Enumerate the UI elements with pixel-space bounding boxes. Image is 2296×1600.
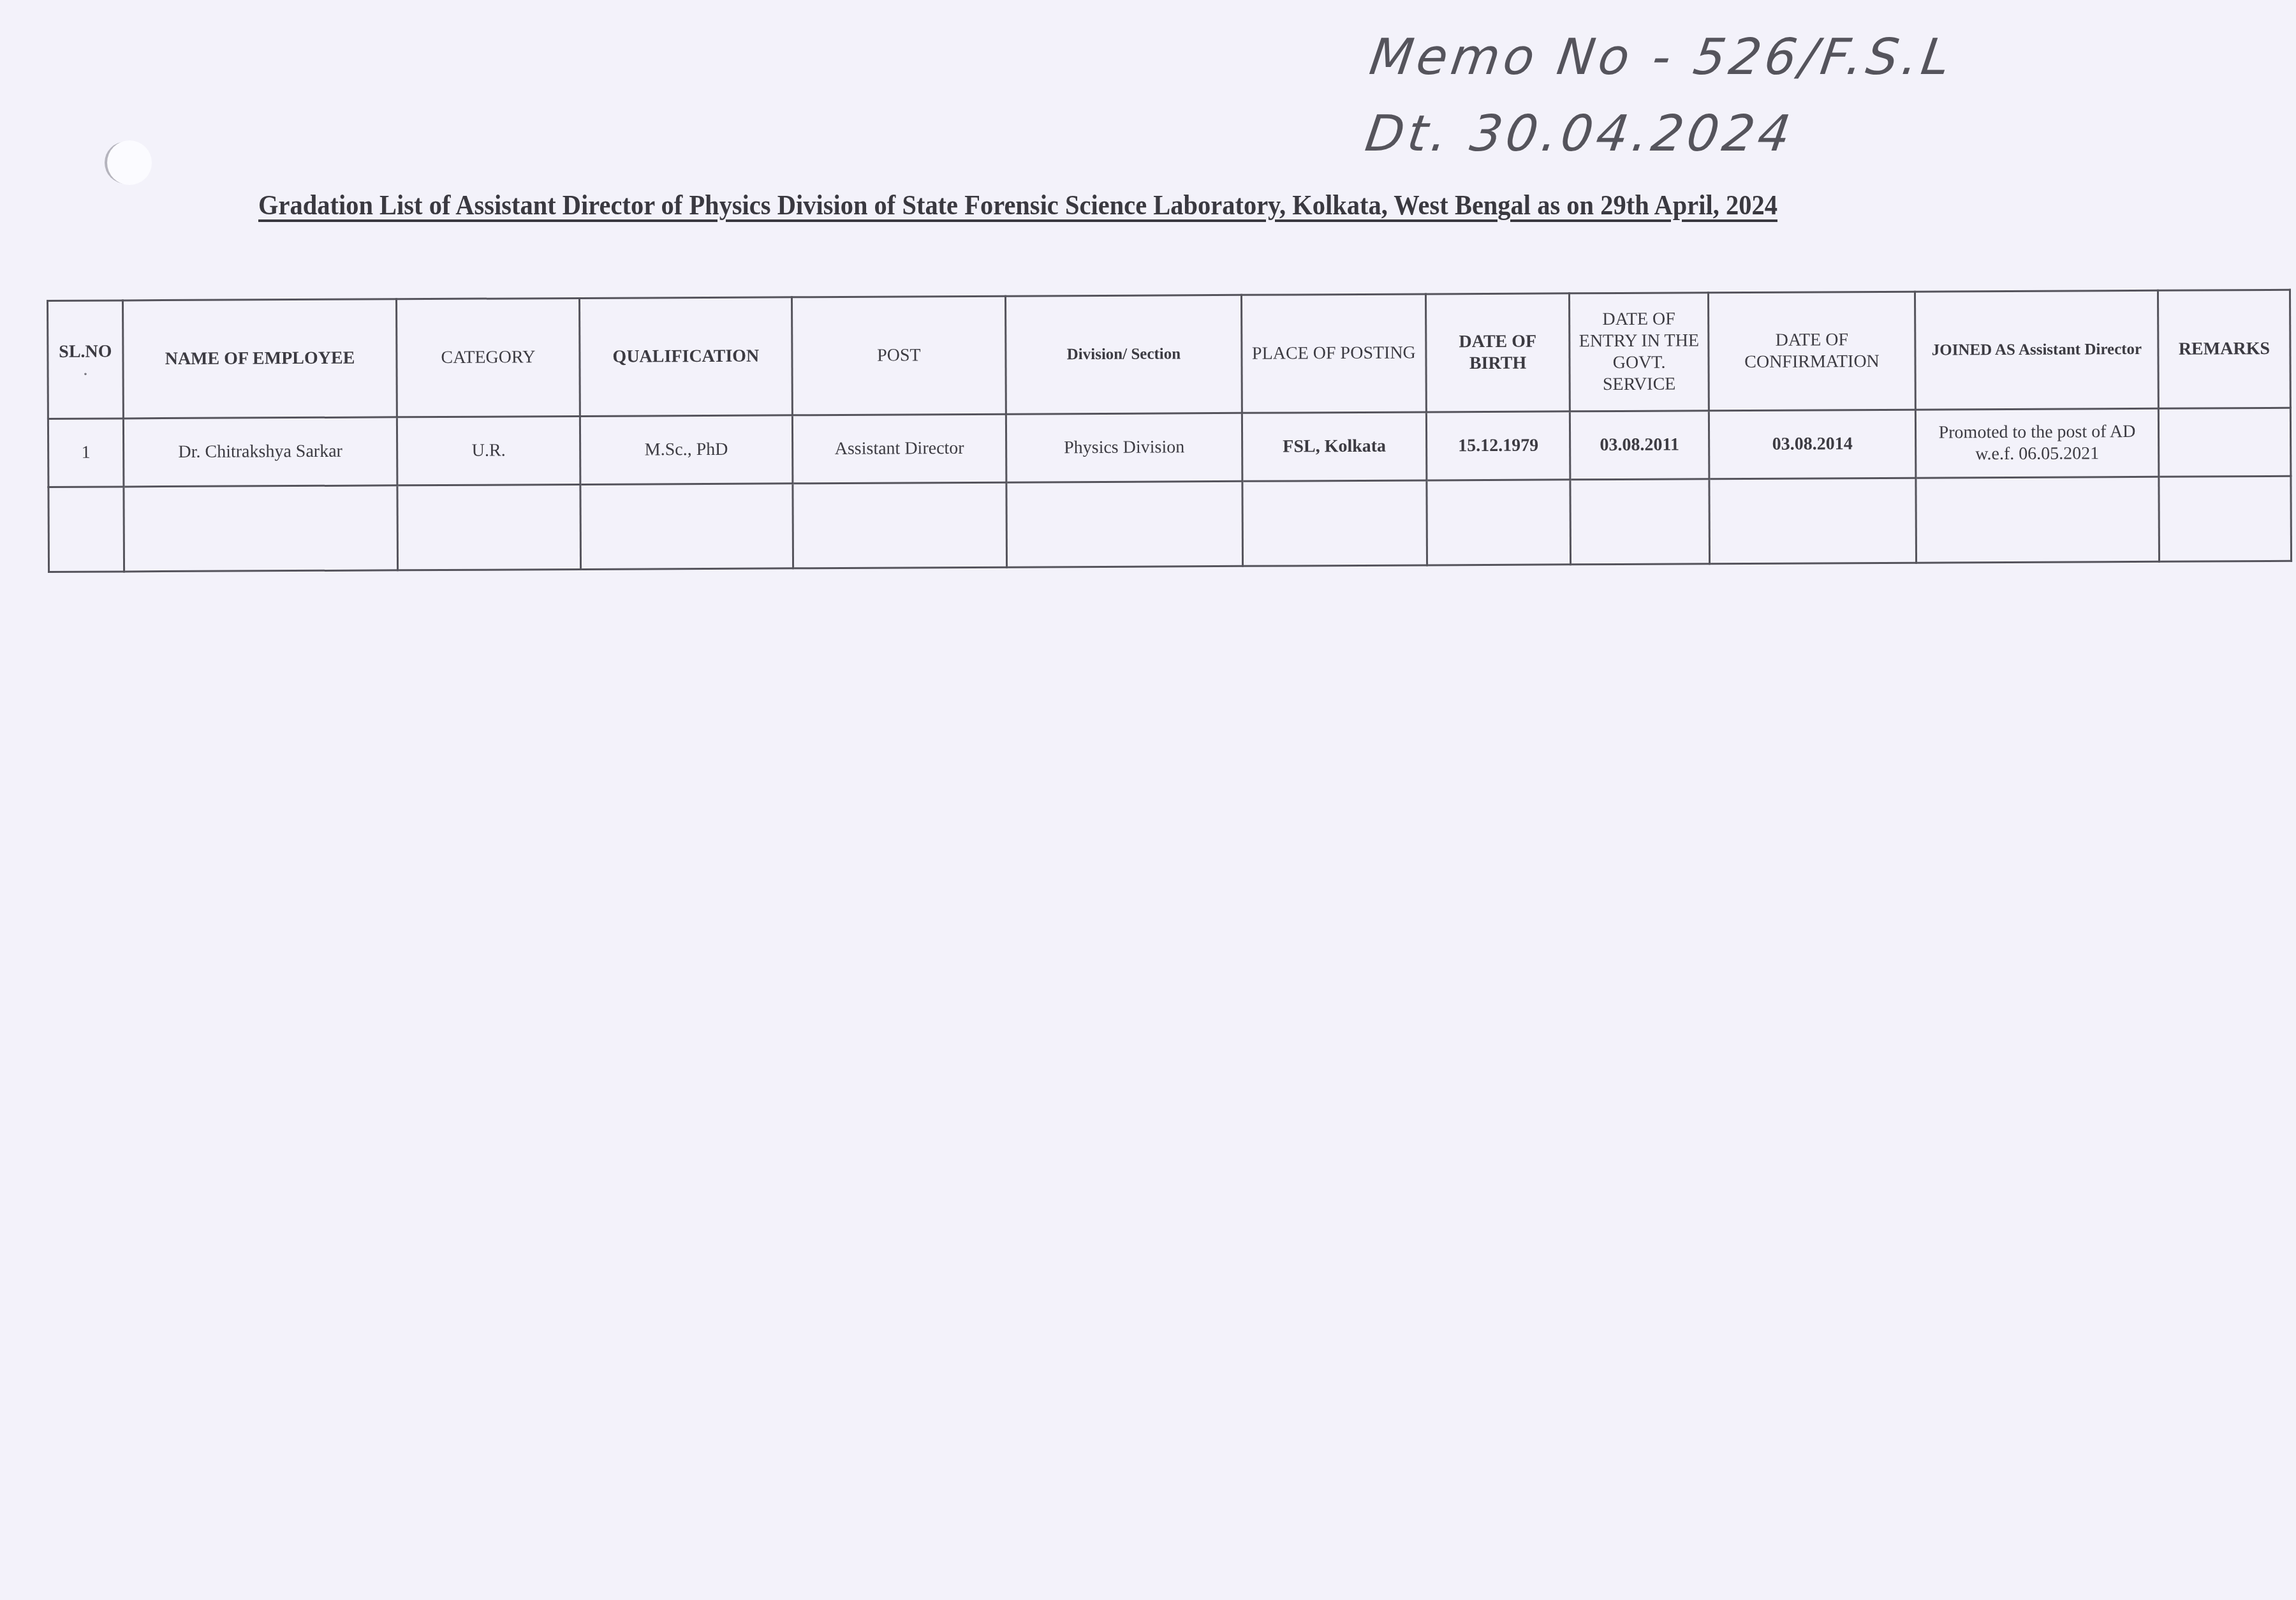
cell-category	[397, 484, 581, 570]
header-place-of-posting: PLACE OF POSTING	[1241, 294, 1426, 413]
cell-qualification: M.Sc., PhD	[580, 415, 793, 485]
cell-sl-no	[48, 487, 124, 572]
cell-remarks	[2159, 476, 2292, 561]
document-title: Gradation List of Assistant Director of …	[258, 189, 1936, 221]
cell-division: Physics Division	[1006, 413, 1242, 482]
header-joined-as: JOINED AS Assistant Director	[1915, 290, 2158, 410]
cell-name: Dr. Chitrakshya Sarkar	[123, 417, 397, 487]
handwritten-memo-note: Memo No - 526/F.S.L Dt. 30.04.2024	[1354, 19, 1959, 172]
cell-category: U.R.	[397, 416, 580, 485]
table-row: 1 Dr. Chitrakshya Sarkar U.R. M.Sc., PhD…	[48, 408, 2290, 487]
header-remarks: REMARKS	[2158, 290, 2290, 408]
cell-joined-as	[1916, 477, 2160, 563]
cell-joined-as: Promoted to the post of AD w.e.f. 06.05.…	[1915, 408, 2159, 478]
cell-post	[793, 482, 1007, 568]
header-sl-no: SL.NO .	[48, 300, 124, 419]
cell-place-of-posting	[1242, 480, 1427, 566]
cell-date-of-birth	[1427, 480, 1571, 565]
cell-division	[1006, 481, 1243, 567]
header-date-of-entry: DATE OF ENTRY IN THE GOVT. SERVICE	[1569, 293, 1709, 411]
cell-date-of-entry: 03.08.2011	[1570, 411, 1709, 480]
cell-date-of-confirmation: 03.08.2014	[1709, 410, 1916, 479]
cell-date-of-birth: 15.12.1979	[1426, 411, 1570, 480]
punch-hole-mark	[107, 140, 152, 185]
header-category: CATEGORY	[397, 298, 580, 417]
header-date-of-birth: DATE OF BIRTH	[1425, 293, 1570, 412]
header-division: Division/ Section	[1005, 295, 1242, 414]
cell-date-of-confirmation	[1709, 478, 1917, 564]
memo-date: Dt. 30.04.2024	[1360, 96, 1948, 172]
memo-number: Memo No - 526/F.S.L	[1365, 19, 1959, 96]
cell-date-of-entry	[1570, 479, 1710, 565]
table-header-row: SL.NO . NAME OF EMPLOYEE CATEGORY QUALIF…	[48, 290, 2291, 419]
gradation-list-table: SL.NO . NAME OF EMPLOYEE CATEGORY QUALIF…	[47, 289, 2292, 573]
header-date-of-confirmation: DATE OF CONFIRMATION	[1708, 292, 1915, 411]
cell-place-of-posting: FSL, Kolkata	[1242, 412, 1427, 481]
header-qualification: QUALIFICATION	[579, 297, 792, 417]
cell-post: Assistant Director	[792, 414, 1006, 484]
cell-sl-no: 1	[48, 419, 124, 487]
header-name: NAME OF EMPLOYEE	[123, 299, 397, 419]
cell-qualification	[580, 484, 793, 570]
table-row	[48, 476, 2292, 572]
cell-name	[124, 485, 398, 572]
header-post: POST	[791, 296, 1006, 415]
cell-remarks	[2158, 408, 2291, 477]
